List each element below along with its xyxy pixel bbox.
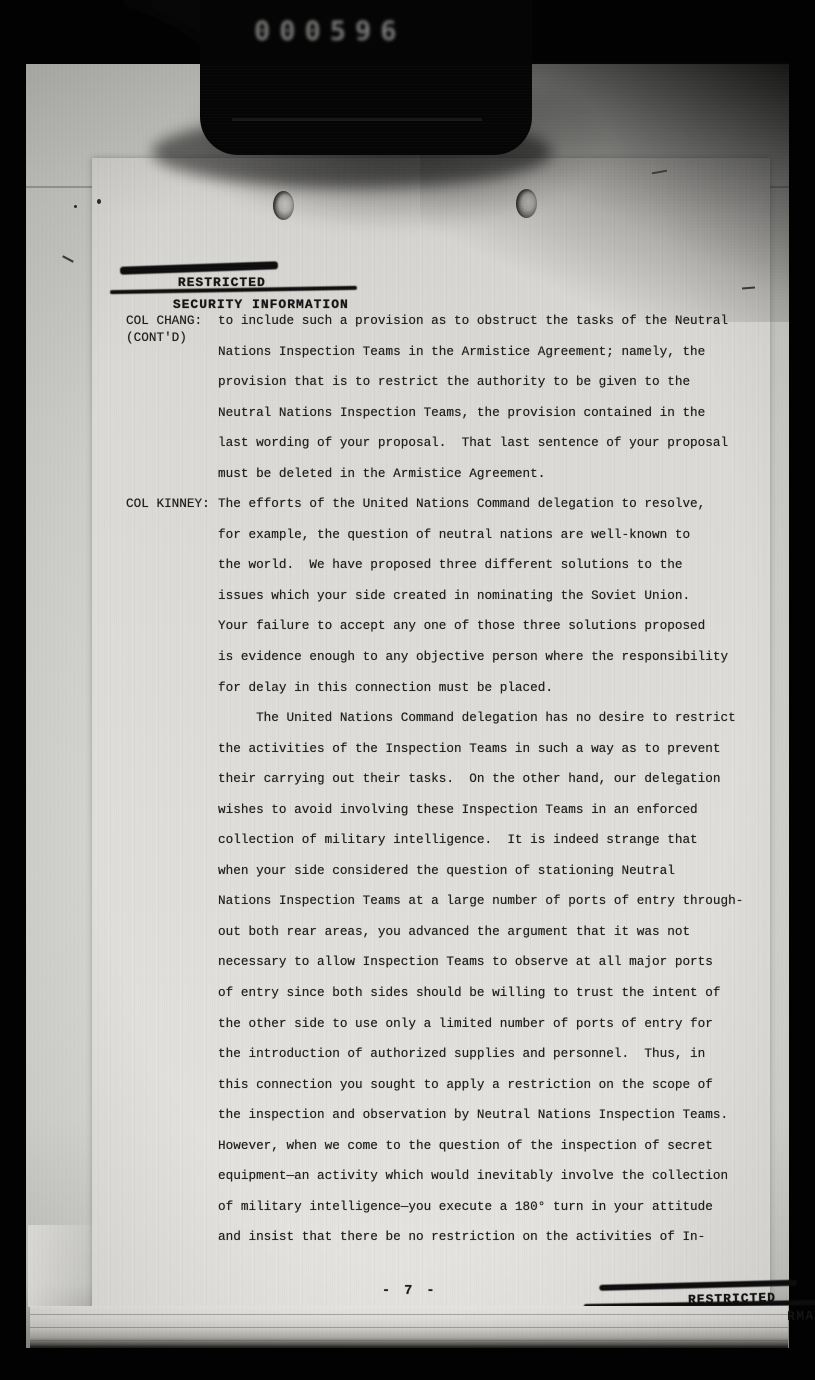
paper-stack-edge <box>30 1306 788 1348</box>
strike-bar <box>599 1280 798 1291</box>
transcript-line: their carrying out their tasks. On the o… <box>218 764 758 795</box>
transcript-line: The United Nations Command delegation ha… <box>218 703 758 734</box>
transcript-line: issues which your side created in nomina… <box>218 581 758 612</box>
speaker-label: COL CHANG: <box>126 313 202 329</box>
transcript-line: when your side considered the question o… <box>218 856 758 887</box>
speaker-label: COL KINNEY: <box>126 496 210 512</box>
punch-hole-left <box>273 191 294 220</box>
document-page: RESTRICTED SECURITY INFORMATION COL CHAN… <box>92 158 770 1308</box>
scan-speck <box>74 205 77 208</box>
speaker-cont-label: (CONT'D) <box>126 330 187 346</box>
transcript-line: the introduction of authorized supplies … <box>218 1039 758 1070</box>
transcript-line: Nations Inspection Teams at a large numb… <box>218 886 758 917</box>
transcript-line: wishes to avoid involving these Inspecti… <box>218 795 758 826</box>
transcript-line: provision that is to restrict the author… <box>218 367 758 398</box>
transcript-line: must be deleted in the Armistice Agreeme… <box>218 459 758 490</box>
transcript-line: the world. We have proposed three differ… <box>218 550 758 581</box>
transcript-line: However, when we come to the question of… <box>218 1131 758 1162</box>
transcript-line: Neutral Nations Inspection Teams, the pr… <box>218 398 758 429</box>
transcript-line: and insist that there be no restriction … <box>218 1222 758 1253</box>
transcript-line: for delay in this connection must be pla… <box>218 673 758 704</box>
page-number: - 7 - <box>382 1284 438 1299</box>
transcript-line: equipment—an activity which would inevit… <box>218 1161 758 1192</box>
transcript-line: Your failure to accept any one of those … <box>218 611 758 642</box>
transcript-line: is evidence enough to any objective pers… <box>218 642 758 673</box>
transcript-line: for example, the question of neutral nat… <box>218 520 758 551</box>
transcript-entry: The United Nations Command delegation ha… <box>218 703 758 1253</box>
frame-counter-digits: 000596 <box>254 16 406 47</box>
transcript-entry: COL CHANG: (CONT'D) to include such a pr… <box>218 306 758 489</box>
transcript-line: of military intelligence—you execute a 1… <box>218 1192 758 1223</box>
transcript-line: the activities of the Inspection Teams i… <box>218 734 758 765</box>
transcript-line: out both rear areas, you advanced the ar… <box>218 917 758 948</box>
strike-bar <box>120 261 278 275</box>
transcript-line: to include such a provision as to obstru… <box>218 306 758 337</box>
scan-speck <box>97 199 101 204</box>
transcript-entry: COL KINNEY: The efforts of the United Na… <box>218 489 758 703</box>
transcript-line: necessary to allow Inspection Teams to o… <box>218 947 758 978</box>
transcript-line: of entry since both sides should be will… <box>218 978 758 1009</box>
page-edge-highlight <box>28 1225 100 1307</box>
transcript-line: last wording of your proposal. That last… <box>218 428 758 459</box>
transcript-line: Nations Inspection Teams in the Armistic… <box>218 337 758 368</box>
transcript-line: this connection you sought to apply a re… <box>218 1070 758 1101</box>
transcript-line: collection of military intelligence. It … <box>218 825 758 856</box>
transcript-line: the other side to use only a limited num… <box>218 1009 758 1040</box>
transcript-line: The efforts of the United Nations Comman… <box>218 489 758 520</box>
transcript-line: the inspection and observation by Neutra… <box>218 1100 758 1131</box>
strike-bar <box>110 286 357 294</box>
microfilm-frame: RESTRICTED SECURITY INFORMATION COL CHAN… <box>0 0 815 1380</box>
transcript: COL CHANG: (CONT'D) to include such a pr… <box>218 306 758 1253</box>
